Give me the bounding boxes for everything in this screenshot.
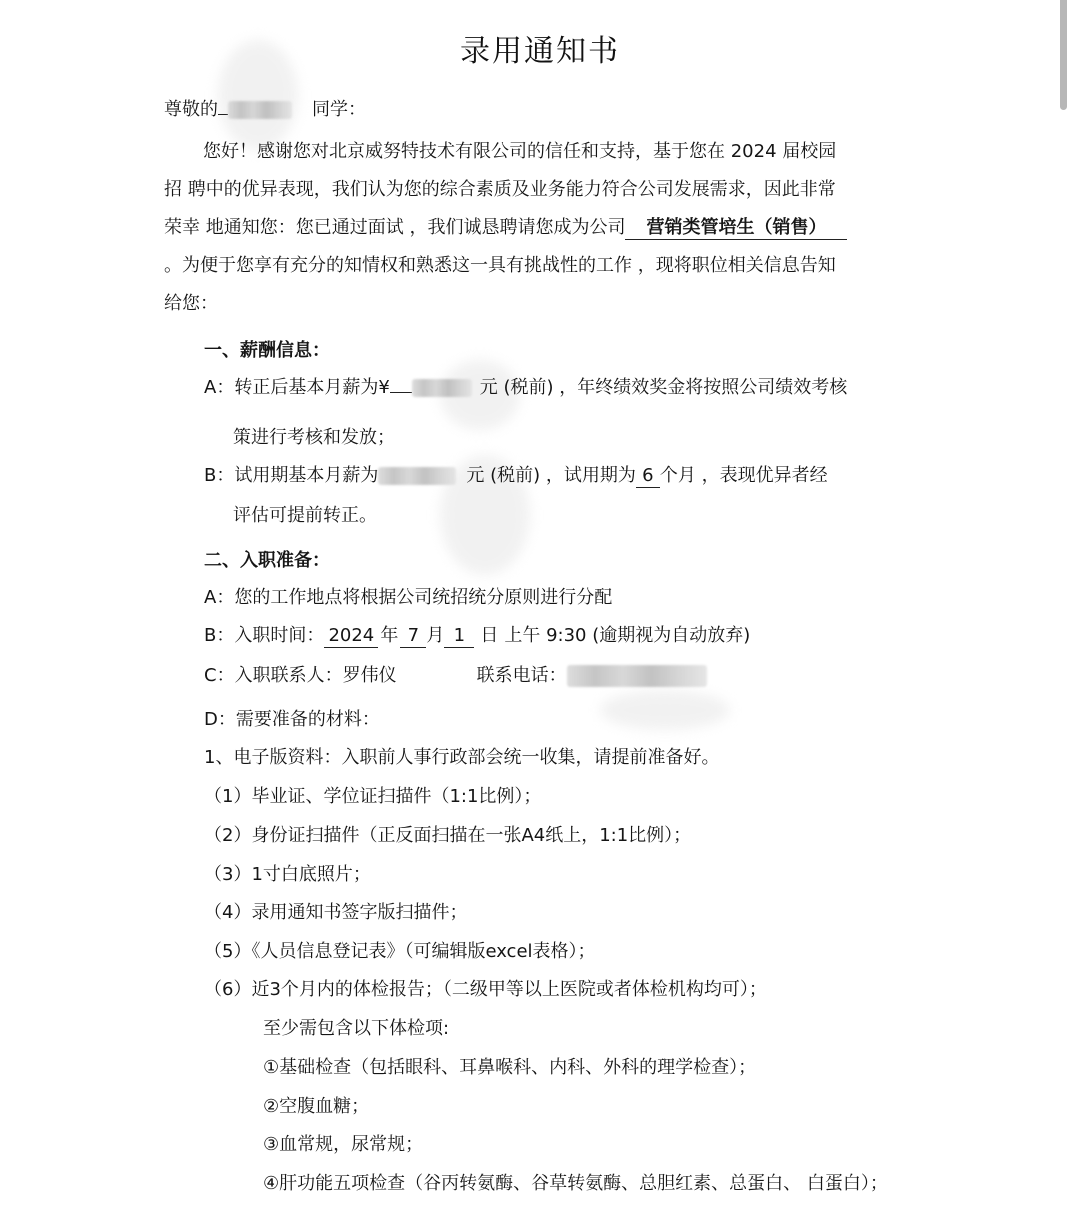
salary-b-suffix: 个月 ，表现优异者经: [660, 465, 828, 486]
salary-a-suffix: 元 (税前) ，年终绩效奖金将按照公司绩效考核: [480, 377, 848, 398]
material-item: （6）近3个月内的体检报告；（二级甲等以上医院或者体检机构均可）；: [204, 977, 767, 1003]
onboard-year: 2024: [324, 625, 378, 648]
checkup-item: ④肝功能五项检查（谷丙转氨酶、谷草转氨酶、总胆红素、总蛋白、 白蛋白）；: [263, 1171, 888, 1197]
checkup-item: ②空腹血糖；: [263, 1094, 369, 1120]
vertical-scrollbar[interactable]: [1060, 0, 1067, 110]
redacted-name: [228, 101, 292, 119]
position-title: 营销类管培生（销售）: [625, 217, 847, 240]
onboard-day-label: 日: [480, 625, 498, 646]
intro-line-3: 荣幸 地通知您：您已通过面试 ，我们诚恳聘请您成为公司营销类管培生（销售）: [164, 215, 847, 241]
contact-person: C：入职联系人：罗伟仪: [204, 665, 397, 686]
onboarding-item-d: D：需要准备的材料：: [204, 707, 380, 733]
greeting-prefix: 尊敬的: [164, 99, 218, 120]
onboard-day: 1: [444, 625, 474, 648]
checkup-item: ③血常规，尿常规；: [263, 1132, 423, 1158]
salary-item-b-cont: 评估可提前转正。: [233, 503, 377, 529]
salary-b-prefix: B：试用期基本月薪为: [204, 465, 378, 486]
salary-b-middle: 元 (税前) ，试用期为: [466, 465, 636, 486]
redacted-salary-probation: [378, 467, 456, 485]
intro-line-5: 给您：: [164, 291, 218, 317]
page-title: 录用通知书: [0, 26, 1080, 70]
greeting: 尊敬的同学：: [164, 97, 366, 123]
document-page: 录用通知书 尊敬的同学： 您好！感谢您对北京威努特技术有限公司的信任和支持，基于…: [0, 0, 1080, 1216]
intro-line-1: 您好！感谢您对北京威努特技术有限公司的信任和支持，基于您在 2024 届校园: [203, 139, 836, 165]
salary-item-a: A：转正后基本月薪为¥元 (税前) ，年终绩效奖金将按照公司绩效考核: [204, 375, 847, 401]
onboard-month: 7: [400, 625, 426, 648]
redaction-smudge: [600, 690, 730, 730]
salary-item-b: B：试用期基本月薪为元 (税前) ，试用期为6个月 ，表现优异者经: [204, 463, 828, 489]
redacted-salary-regular: [412, 379, 472, 397]
onboarding-item-c: C：入职联系人：罗伟仪联系电话：: [204, 663, 707, 689]
onboard-month-label: 月: [426, 625, 444, 646]
onboarding-item-b: B：入职时间：2024年7月1日上午 9:30 (逾期视为自动放弃): [204, 623, 750, 649]
onboard-time: 上午 9:30 (逾期视为自动放弃): [504, 625, 750, 646]
material-item: （1）毕业证、学位证扫描件（1:1比例）；: [204, 784, 541, 810]
intro-line-2: 招 聘中的优异表现，我们认为您的综合素质及业务能力符合公司发展需求，因此非常: [164, 177, 836, 203]
section-heading-salary: 一、薪酬信息：: [204, 338, 330, 364]
materials-heading: 1、电子版资料：入职前人事行政部会统一收集，请提前准备好。: [204, 745, 719, 771]
redacted-phone: [567, 665, 707, 687]
salary-a-prefix: A：转正后基本月薪为¥: [204, 377, 390, 398]
onboard-year-label: 年: [380, 625, 398, 646]
material-item: （5）《人员信息登记表》（可编辑版excel表格）；: [204, 939, 596, 965]
intro-line-4: 。为便于您享有充分的知情权和熟悉这一具有挑战性的工作 ，现将职位相关信息告知: [164, 253, 836, 279]
probation-months: 6: [636, 465, 660, 488]
material-item: （3）1寸白底照片；: [204, 862, 371, 888]
salary-a-field: [390, 392, 412, 393]
recipient-name-field: [218, 114, 228, 115]
contact-phone-label: 联系电话：: [477, 665, 567, 686]
checkup-item: ①基础检查（包括眼科、耳鼻喉科、内科、外科的理学检查）；: [263, 1055, 756, 1081]
onboard-date-prefix: B：入职时间：: [204, 625, 324, 646]
salary-item-a-cont: 策进行考核和发放；: [233, 425, 395, 451]
material-item: （4）录用通知书签字版扫描件；: [204, 900, 467, 926]
section-heading-onboarding: 二、入职准备：: [204, 548, 330, 574]
greeting-suffix: 同学：: [312, 99, 366, 120]
onboarding-item-a: A：您的工作地点将根据公司统招统分原则进行分配: [204, 585, 612, 611]
material-item: （2）身份证扫描件（正反面扫描在一张A4纸上，1:1比例）；: [204, 823, 691, 849]
intro-line-3-text: 荣幸 地通知您：您已通过面试 ，我们诚恳聘请您成为公司: [164, 217, 625, 238]
checkup-intro: 至少需包含以下体检项:: [263, 1016, 449, 1042]
